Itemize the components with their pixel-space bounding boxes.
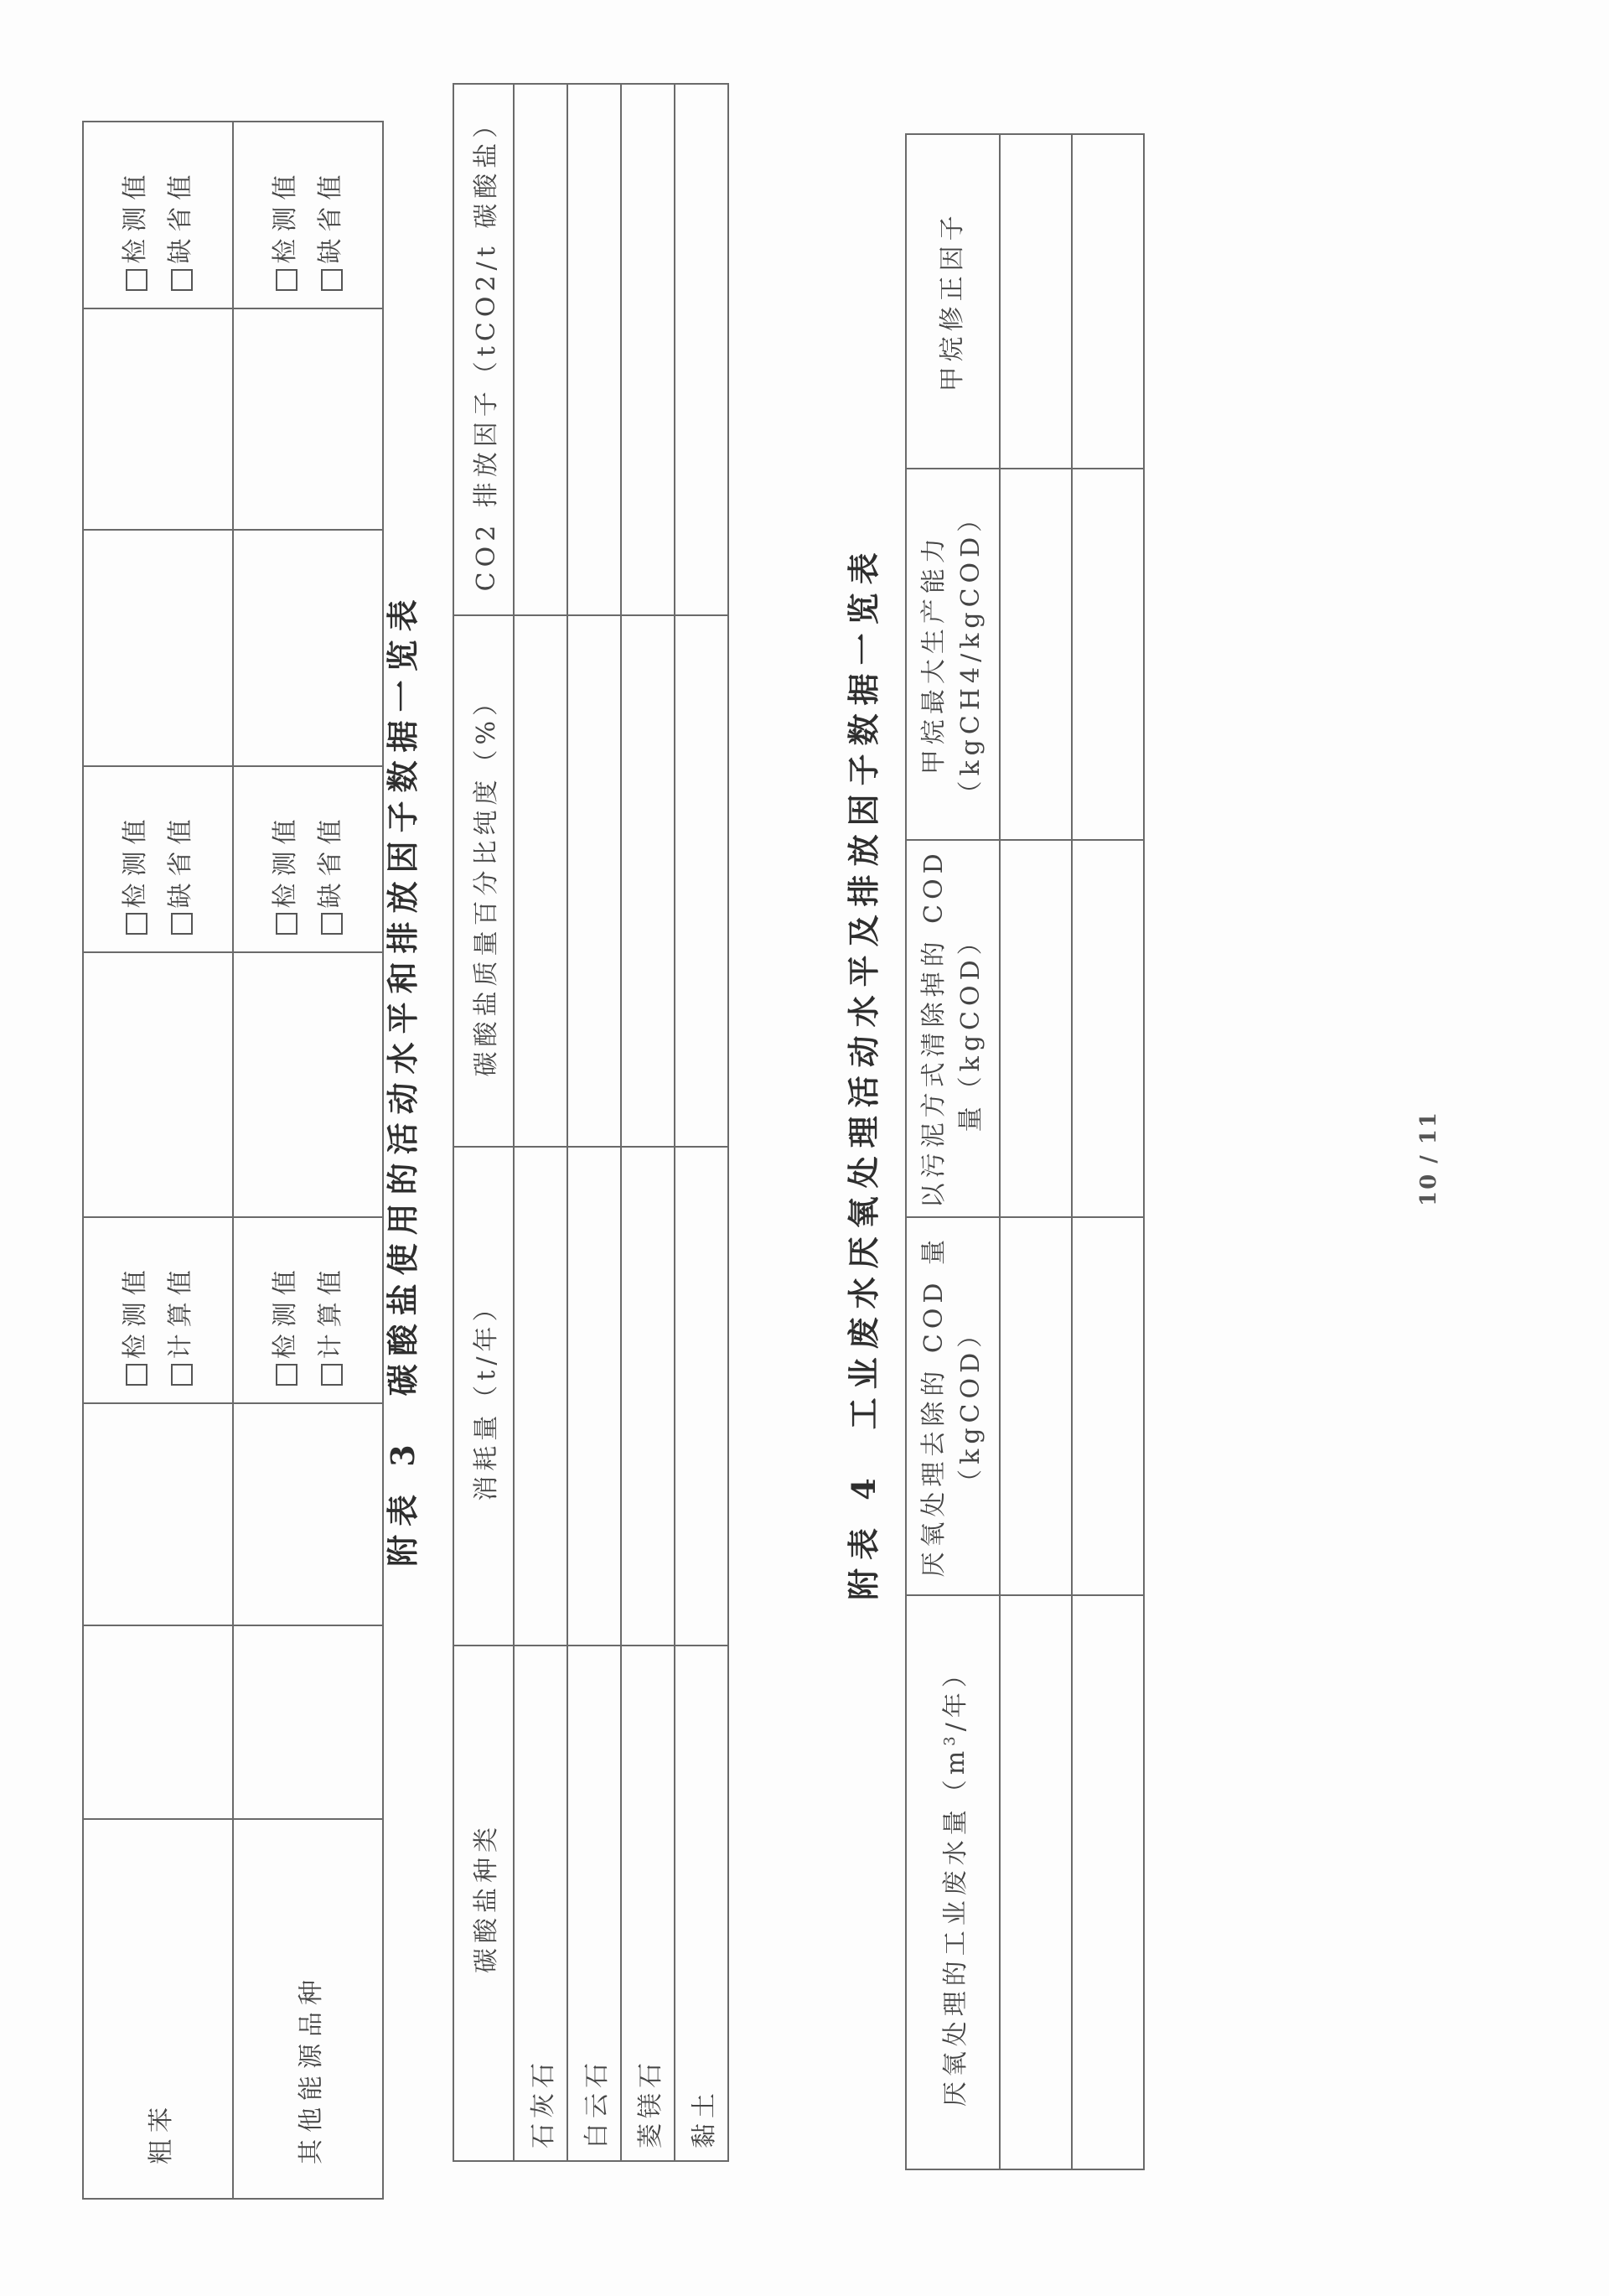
energy-source-table: 粗苯 检测值 计算值 检测值 缺省值 检测值 缺省值	[82, 121, 384, 2200]
column-header: 以污泥方式清除掉的 COD量（kgCOD）	[906, 840, 1000, 1218]
table-row: 菱镁石	[621, 84, 675, 2161]
table-cell[interactable]	[675, 84, 728, 615]
column-header: 碳酸盐种类	[453, 1646, 514, 2161]
checkbox-option[interactable]: 检测值	[263, 1219, 308, 1386]
wastewater-table: 厌氧处理的工业废水量（m3/年） 厌氧处理去除的 COD 量（kgCOD） 以污…	[905, 133, 1145, 2170]
table4-title: 附表 4 工业废水厌氧处理活动水平及排放因子数据一览表	[838, 544, 884, 1600]
table-row: 白云石	[567, 84, 621, 2161]
table-cell[interactable]	[514, 1147, 567, 1646]
checkbox-group: 检测值 计算值	[233, 1217, 383, 1404]
table-cell[interactable]	[1072, 469, 1144, 840]
table-cell[interactable]	[675, 1147, 728, 1646]
column-header: 厌氧处理去除的 COD 量（kgCOD）	[906, 1217, 1000, 1595]
checkbox-option[interactable]: 检测值	[113, 1219, 158, 1386]
table-cell[interactable]	[233, 308, 383, 531]
row-label: 菱镁石	[621, 1646, 675, 2161]
table-row	[1000, 134, 1072, 2169]
checkbox-option[interactable]: 缺省值	[158, 768, 204, 936]
table-cell[interactable]	[1000, 1217, 1072, 1595]
table-cell[interactable]	[83, 530, 233, 766]
checkbox-option[interactable]: 检测值	[263, 768, 308, 936]
table-row	[1072, 134, 1144, 2169]
table-cell[interactable]	[1072, 1217, 1144, 1595]
checkbox-icon[interactable]	[171, 1364, 193, 1386]
checkbox-group: 检测值 计算值	[83, 1217, 233, 1404]
column-header: 甲烷修正因子	[906, 134, 1000, 469]
table-row: 黏土	[675, 84, 728, 2161]
table-cell[interactable]	[1000, 840, 1072, 1218]
table-cell[interactable]	[1000, 1595, 1072, 2169]
checkbox-icon[interactable]	[276, 269, 297, 291]
row-label: 白云石	[567, 1646, 621, 2161]
checkbox-option[interactable]: 缺省值	[308, 123, 354, 291]
checkbox-icon[interactable]	[321, 1364, 343, 1386]
checkbox-icon[interactable]	[126, 1364, 147, 1386]
table-header-row: 碳酸盐种类 消耗量（t/年） 碳酸盐质量百分比纯度（%） CO2 排放因子（tC…	[453, 84, 514, 2161]
table-cell[interactable]	[83, 1625, 233, 1819]
checkbox-option[interactable]: 缺省值	[158, 123, 204, 291]
row-name: 其他能源品种	[233, 1819, 383, 2199]
checkbox-group: 检测值 缺省值	[83, 122, 233, 308]
checkbox-icon[interactable]	[126, 269, 147, 291]
row-name: 粗苯	[83, 1819, 233, 2199]
checkbox-icon[interactable]	[276, 914, 297, 936]
table-cell[interactable]	[567, 84, 621, 615]
table-cell[interactable]	[567, 615, 621, 1147]
table-cell[interactable]	[83, 953, 233, 1217]
column-header: 厌氧处理的工业废水量（m3/年）	[906, 1595, 1000, 2169]
column-header: CO2 排放因子（tCO2/t 碳酸盐）	[453, 84, 514, 615]
table-cell[interactable]	[83, 308, 233, 531]
checkbox-icon[interactable]	[321, 269, 343, 291]
row-label: 石灰石	[514, 1646, 567, 2161]
table-row: 粗苯 检测值 计算值 检测值 缺省值 检测值 缺省值	[83, 122, 233, 2199]
table-cell[interactable]	[514, 615, 567, 1147]
table-cell[interactable]	[567, 1147, 621, 1646]
table-row: 其他能源品种 检测值 计算值 检测值 缺省值 检测值 缺省值	[233, 122, 383, 2199]
table-cell[interactable]	[621, 615, 675, 1147]
table-cell[interactable]	[83, 1403, 233, 1625]
checkbox-option[interactable]: 计算值	[158, 1219, 204, 1386]
table-cell[interactable]	[1000, 134, 1072, 469]
table-row: 石灰石	[514, 84, 567, 2161]
checkbox-option[interactable]: 检测值	[263, 123, 308, 291]
document-page: 粗苯 检测值 计算值 检测值 缺省值 检测值 缺省值	[0, 0, 1609, 2296]
checkbox-icon[interactable]	[171, 269, 193, 291]
checkbox-icon[interactable]	[126, 914, 147, 936]
table-cell[interactable]	[233, 530, 383, 766]
table3-title: 附表 3 碳酸盐使用的活动水平和排放因子数据一览表	[377, 591, 423, 1567]
checkbox-option[interactable]: 检测值	[113, 768, 158, 936]
table-cell[interactable]	[514, 84, 567, 615]
checkbox-icon[interactable]	[171, 914, 193, 936]
checkbox-option[interactable]: 计算值	[308, 1219, 354, 1386]
table-cell[interactable]	[233, 953, 383, 1217]
table-cell[interactable]	[621, 84, 675, 615]
table-header-row: 厌氧处理的工业废水量（m3/年） 厌氧处理去除的 COD 量（kgCOD） 以污…	[906, 134, 1000, 2169]
checkbox-option[interactable]: 检测值	[113, 123, 158, 291]
column-header: 甲烷最大生产能力（kgCH4/kgCOD）	[906, 469, 1000, 840]
checkbox-icon[interactable]	[321, 914, 343, 936]
column-header: 消耗量（t/年）	[453, 1147, 514, 1646]
table-cell[interactable]	[233, 1625, 383, 1819]
checkbox-group: 检测值 缺省值	[233, 122, 383, 308]
page-number: 10 / 11	[1416, 1111, 1441, 1206]
carbonate-table: 碳酸盐种类 消耗量（t/年） 碳酸盐质量百分比纯度（%） CO2 排放因子（tC…	[453, 83, 729, 2162]
checkbox-icon[interactable]	[276, 1364, 297, 1386]
table-cell[interactable]	[1072, 1595, 1144, 2169]
table-cell[interactable]	[675, 615, 728, 1147]
table-cell[interactable]	[233, 1403, 383, 1625]
table-cell[interactable]	[1072, 134, 1144, 469]
checkbox-group: 检测值 缺省值	[83, 766, 233, 953]
table-cell[interactable]	[1000, 469, 1072, 840]
column-header: 碳酸盐质量百分比纯度（%）	[453, 615, 514, 1147]
table-cell[interactable]	[1072, 840, 1144, 1218]
row-label: 黏土	[675, 1646, 728, 2161]
checkbox-option[interactable]: 缺省值	[308, 768, 354, 936]
checkbox-group: 检测值 缺省值	[233, 766, 383, 953]
table-cell[interactable]	[621, 1147, 675, 1646]
